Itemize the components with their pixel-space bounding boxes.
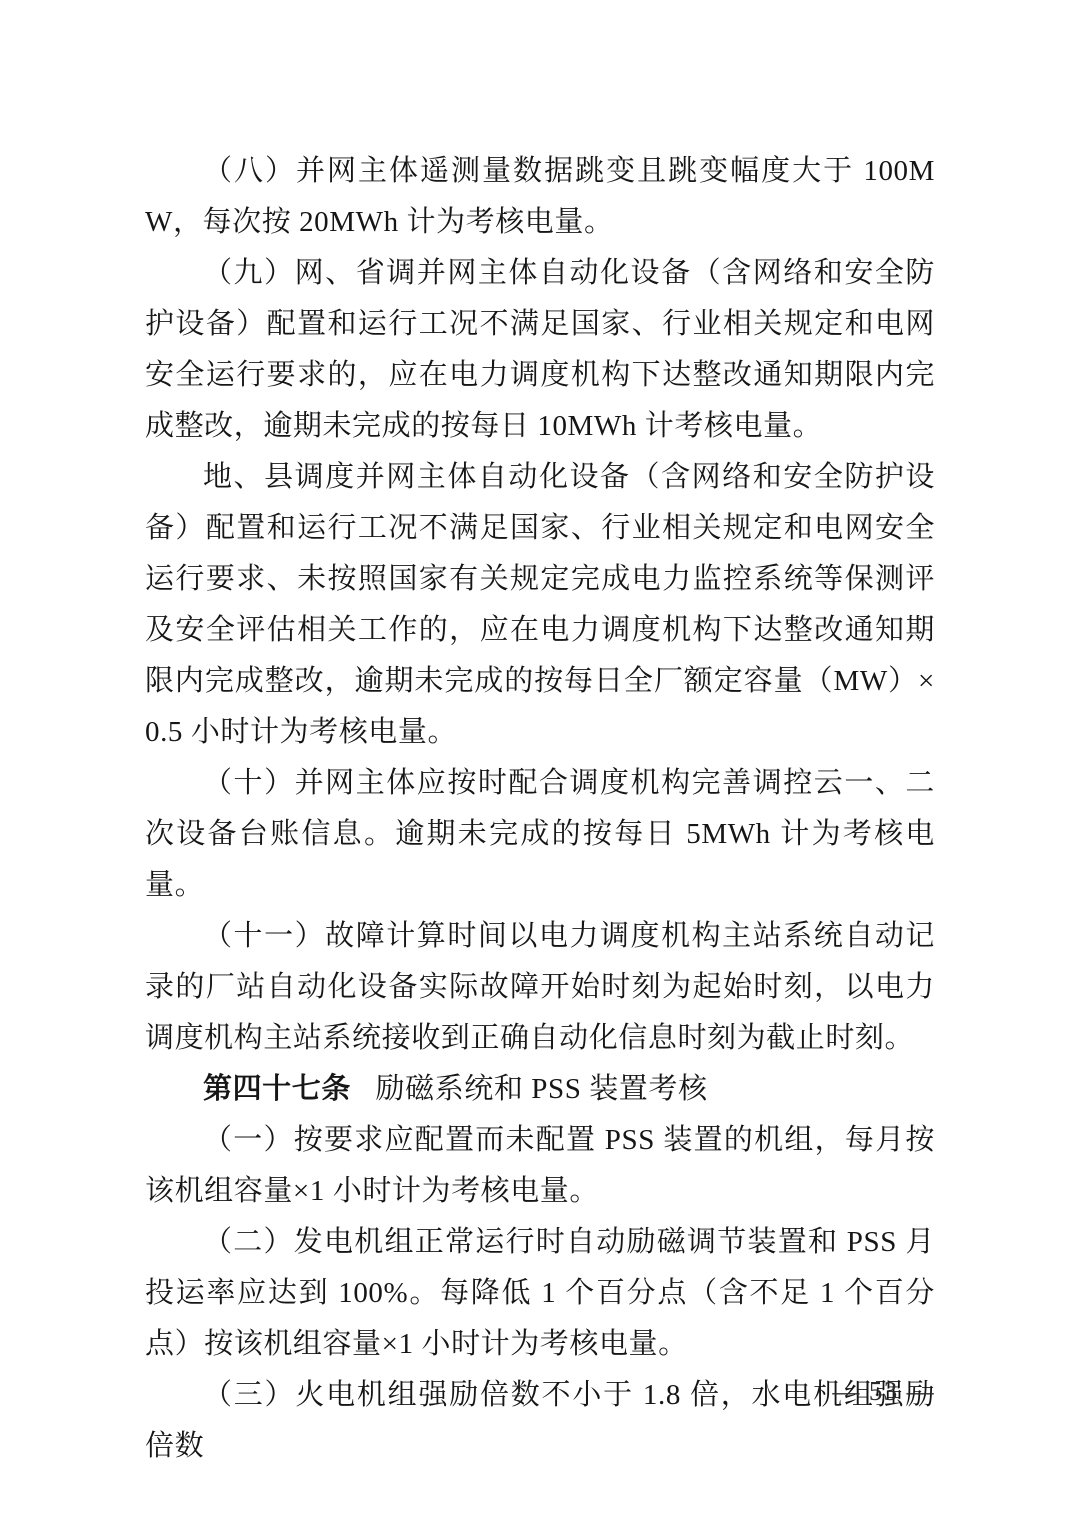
paragraph-sub-1: （一）按要求应配置而未配置 PSS 装置的机组，每月按该机组容量×1 小时计为考… xyxy=(145,1115,935,1217)
document-body: （八）并网主体遥测量数据跳变且跳变幅度大于 100MW，每次按 20MWh 计为… xyxy=(145,146,935,1472)
paragraph-item-8: （八）并网主体遥测量数据跳变且跳变幅度大于 100MW，每次按 20MWh 计为… xyxy=(145,146,935,248)
document-page: （八）并网主体遥测量数据跳变且跳变幅度大于 100MW，每次按 20MWh 计为… xyxy=(0,0,1080,1527)
paragraph-local-dispatch: 地、县调度并网主体自动化设备（含网络和安全防护设备）配置和运行工况不满足国家、行… xyxy=(145,452,935,758)
paragraph-item-11: （十一）故障计算时间以电力调度机构主站系统自动记录的厂站自动化设备实际故障开始时… xyxy=(145,911,935,1064)
article-47-heading: 第四十七条励磁系统和 PSS 装置考核 xyxy=(145,1064,935,1115)
paragraph-sub-3: （三）火电机组强励倍数不小于 1.8 倍，水电机组强励倍数 xyxy=(145,1370,935,1472)
paragraph-item-10: （十）并网主体应按时配合调度机构完善调控云一、二次设备台账信息。逾期未完成的按每… xyxy=(145,758,935,911)
article-47-title: 励磁系统和 PSS 装置考核 xyxy=(376,1073,708,1105)
page-number: — 53 — xyxy=(832,1376,935,1406)
paragraph-sub-2: （二）发电机组正常运行时自动励磁调节装置和 PSS 月投运率应达到 100%。每… xyxy=(145,1217,935,1370)
article-47-number: 第四十七条 xyxy=(203,1073,351,1105)
paragraph-item-9: （九）网、省调并网主体自动化设备（含网络和安全防护设备）配置和运行工况不满足国家… xyxy=(145,248,935,452)
page-footer: — 53 — xyxy=(832,1376,935,1407)
